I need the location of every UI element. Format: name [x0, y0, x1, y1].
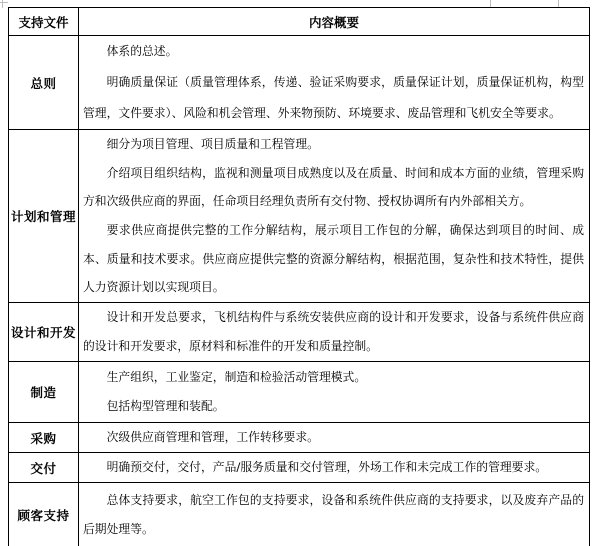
content-cell: 生产组织，工业鉴定，制造和检验活动管理模式。 包括构型管理和装配。 [79, 362, 590, 423]
grid-artifact-line [490, 0, 491, 7]
column-header-support-documents: 支持文件 [9, 8, 79, 36]
table-row: 计划和管理 细分为项目管理、项目质量和工程管理。 介绍项目组织结构，监视和测量项… [9, 130, 590, 303]
content-cell: 设计和开发总要求，飞机结构件与系统安装供应商的设计和开发要求，设备与系统件供应商… [79, 303, 590, 362]
content-paragraph: 细分为项目管理、项目质量和工程管理。 [83, 130, 584, 159]
row-label-procurement: 采购 [9, 423, 79, 453]
row-label-design-and-development: 设计和开发 [9, 303, 79, 362]
row-label-delivery: 交付 [9, 453, 79, 483]
table-row: 采购 次级供应商管理和管理，工作转移要求。 [9, 423, 590, 453]
content-paragraph: 要求供应商提供完整的工作分解结构，展示项目工作包的分解，确保达到项目的时间、成本… [83, 216, 584, 302]
content-paragraph: 体系的总述。 [83, 36, 584, 67]
content-cell: 次级供应商管理和管理，工作转移要求。 [79, 423, 590, 453]
row-label-planning-and-management: 计划和管理 [9, 130, 79, 303]
grid-artifact-line [558, 0, 559, 7]
table-row: 交付 明确预交付，交付，产品/服务质量和交付管理，外场工作和未完成工作的管理要求… [9, 453, 590, 483]
content-paragraph: 包括构型管理和装配。 [83, 392, 584, 421]
content-paragraph: 生产组织，工业鉴定，制造和检验活动管理模式。 [83, 363, 584, 392]
table-row: 制造 生产组织，工业鉴定，制造和检验活动管理模式。 包括构型管理和装配。 [9, 362, 590, 423]
content-cell: 总体支持要求，航空工作包的支持要求，设备和系统件供应商的支持要求，以及废弃产品的… [79, 483, 590, 546]
content-paragraph: 次级供应商管理和管理，工作转移要求。 [83, 423, 584, 452]
content-paragraph: 明确预交付，交付，产品/服务质量和交付管理，外场工作和未完成工作的管理要求。 [83, 453, 584, 482]
content-paragraph: 明确质量保证（质量管理体系，传递、验证采购要求，质量保证计划，质量保证机构，构型… [83, 67, 584, 129]
grid-artifact-line [0, 2, 8, 3]
document-page: 支持文件 内容概要 总则 体系的总述。 明确质量保证（质量管理体系，传递、验证采… [0, 0, 594, 546]
table-row: 顾客支持 总体支持要求，航空工作包的支持要求，设备和系统件供应商的支持要求，以及… [9, 483, 590, 546]
table-row: 设计和开发 设计和开发总要求，飞机结构件与系统安装供应商的设计和开发要求，设备与… [9, 303, 590, 362]
column-header-content-summary: 内容概要 [79, 8, 590, 36]
row-label-manufacturing: 制造 [9, 362, 79, 423]
content-paragraph: 介绍项目组织结构，监视和测量项目成熟度以及在质量、时间和成本方面的业绩，管理采购… [83, 159, 584, 216]
table-row: 总则 体系的总述。 明确质量保证（质量管理体系，传递、验证采购要求，质量保证计划… [9, 36, 590, 130]
content-paragraph: 设计和开发总要求，飞机结构件与系统安装供应商的设计和开发要求，设备与系统件供应商… [83, 303, 584, 361]
row-label-customer-support: 顾客支持 [9, 483, 79, 546]
table-header-row: 支持文件 内容概要 [9, 8, 590, 36]
content-paragraph: 总体支持要求，航空工作包的支持要求，设备和系统件供应商的支持要求，以及废弃产品的… [83, 486, 584, 544]
support-documents-table: 支持文件 内容概要 总则 体系的总述。 明确质量保证（质量管理体系，传递、验证采… [8, 7, 590, 546]
content-cell: 细分为项目管理、项目质量和工程管理。 介绍项目组织结构，监视和测量项目成熟度以及… [79, 130, 590, 303]
row-label-general: 总则 [9, 36, 79, 130]
content-cell: 体系的总述。 明确质量保证（质量管理体系，传递、验证采购要求，质量保证计划，质量… [79, 36, 590, 130]
content-cell: 明确预交付，交付，产品/服务质量和交付管理，外场工作和未完成工作的管理要求。 [79, 453, 590, 483]
